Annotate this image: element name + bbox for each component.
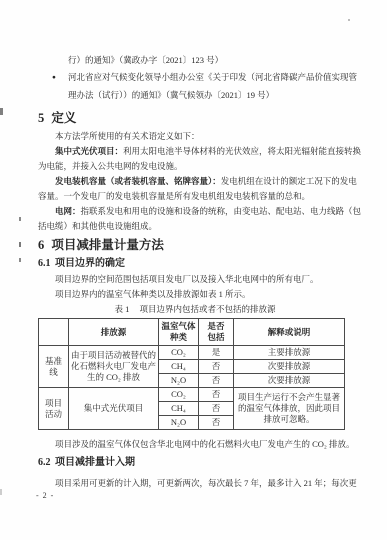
- gas-cell: CH₄: [159, 360, 199, 374]
- paragraph: 项目采用可更新的计入期，可更新两次，每次最长 7 年，最多计入 21 年；每次更: [38, 476, 352, 491]
- bullet-line: 河北省应对气候变化领导小组办公室《关于印发（河北省降碳产品价值实现管: [68, 69, 352, 87]
- term-centralized-pv: 集中式光伏项目：利用太阳电池半导体材料的光伏效应，将太阳光辐射能直接转换 为电能…: [38, 144, 352, 174]
- term-text: 容量。一个发电厂的发电装机容量是所有发电机组发电装机容量的总和。: [38, 189, 352, 204]
- gas-cell: CO₂: [159, 388, 199, 402]
- included-cell: 是: [199, 346, 234, 360]
- source-cell: 集中式光伏项目: [69, 388, 159, 430]
- subsection-6-1-heading: 6.1 项目边界的确定: [38, 257, 352, 271]
- included-cell: 否: [199, 374, 234, 388]
- scan-speck: [0, 108, 3, 115]
- header-line: 温室气体: [161, 321, 196, 332]
- category-line: 项目: [41, 398, 66, 409]
- paragraph: 项目边界内的温室气体种类以及排放源如表 1 所示。: [38, 287, 352, 302]
- header-line: 种类: [161, 332, 196, 343]
- gas-cell: CH₄: [159, 402, 199, 416]
- paragraph: 项目边界的空间范围包括项目发电厂以及接入华北电网中的所有电厂。: [38, 272, 352, 287]
- emission-sources-table: 排放源 温室气体 种类 是否 包括 解释或说明 基准线 由于项目活动被替代的化石…: [38, 318, 345, 430]
- scan-speck: [19, 242, 21, 247]
- definitions-intro: 本方法学所使用的有关术语定义如下：: [38, 129, 352, 144]
- table-header-cell: 解释或说明: [234, 319, 345, 346]
- gas-cell: N₂O: [159, 374, 199, 388]
- table-caption: 表 1项目边界内包括或者不包括的排放源: [38, 303, 352, 316]
- section-6-heading: 6 项目减排量计量方法: [38, 237, 352, 254]
- page-number: - 2 -: [36, 491, 54, 500]
- table-caption-label: 表 1: [115, 304, 130, 314]
- category-cell: 项目 活动: [39, 388, 69, 430]
- note-cell: 项目生产运行不会产生显著的温室气体排放，因此项目排放可忽略。: [234, 388, 345, 430]
- category-cell: 基准线: [39, 346, 69, 388]
- scan-speck: [0, 489, 2, 495]
- table-header-row: 排放源 温室气体 种类 是否 包括 解释或说明: [39, 319, 345, 346]
- category-line: 基准线: [41, 356, 66, 378]
- gas-cell: N₂O: [159, 416, 199, 430]
- term-lead: 发电装机容量（或者装机容量、铭牌容量）：: [55, 176, 221, 186]
- term-text: 括电缆）和其他供电设施组成。: [38, 219, 352, 234]
- table-row: 基准线 由于项目活动被替代的化石燃料火电厂发电产生的 CO₂ 排放 CO₂ 是 …: [39, 346, 345, 360]
- table-header-cell: [39, 319, 69, 346]
- note-cell: 次要排放源: [234, 374, 345, 388]
- page-content: 行）的通知》（冀政办字〔2021〕123 号） ● 河北省应对气候变化领导小组办…: [38, 50, 352, 491]
- term-lead: 集中式光伏项目：: [55, 146, 123, 156]
- scan-speck: [19, 217, 21, 221]
- table-header-cell: 排放源: [69, 319, 159, 346]
- bullet-marker-icon: ●: [52, 75, 56, 81]
- term-grid: 电网：指联系发电和用电的设施和设备的统称，由变电站、配电站、电力线路（包 括电缆…: [38, 204, 352, 234]
- included-cell: 否: [199, 388, 234, 402]
- source-cell: 由于项目活动被替代的化石燃料火电厂发电产生的 CO₂ 排放: [69, 346, 159, 388]
- included-cell: 否: [199, 402, 234, 416]
- term-text: 指联系发电和用电的设施和设备的统称，由变电站、配电站、电力线路（包: [81, 206, 362, 216]
- hanging-reference-line: 行）的通知》（冀政办字〔2021〕123 号）: [68, 52, 352, 69]
- table-caption-title: 项目边界内包括或者不包括的排放源: [139, 304, 275, 314]
- paragraph: 项目涉及的温室气体仅包含华北电网中的化石燃料火电厂发电产生的 CO₂ 排放。: [38, 437, 352, 452]
- subsection-6-2-heading: 6.2 项目减排量计入期: [38, 456, 352, 470]
- section-5-heading: 5 定义: [38, 110, 352, 126]
- header-line: 包括: [201, 332, 231, 343]
- scan-speck: [348, 19, 350, 21]
- table-header-cell: 温室气体 种类: [159, 319, 199, 346]
- included-cell: 否: [199, 360, 234, 374]
- table-header-cell: 是否 包括: [199, 319, 234, 346]
- term-installed-capacity: 发电装机容量（或者装机容量、铭牌容量）：发电机组在设计的额定工况下的发电 容量。…: [38, 174, 352, 204]
- scan-speck: [19, 258, 21, 262]
- term-text: 发电机组在设计的额定工况下的发电: [221, 176, 357, 186]
- note-cell: 主要排放源: [234, 346, 345, 360]
- document-page: 行）的通知》（冀政办字〔2021〕123 号） ● 河北省应对气候变化领导小组办…: [0, 0, 387, 540]
- category-line: 活动: [41, 409, 66, 420]
- term-lead: 电网：: [55, 206, 81, 216]
- gas-cell: CO₂: [159, 346, 199, 360]
- included-cell: 否: [199, 416, 234, 430]
- table-row: 项目 活动 集中式光伏项目 CO₂ 否 项目生产运行不会产生显著的温室气体排放，…: [39, 388, 345, 402]
- term-text: 利用太阳电池半导体材料的光伏效应，将太阳光辐射能直接转换: [123, 146, 361, 156]
- bullet-line: 理办法（试行））的通知》（冀气候领办〔2021〕19 号）: [68, 87, 352, 105]
- bullet-reference-item: ● 河北省应对气候变化领导小组办公室《关于印发（河北省降碳产品价值实现管 理办法…: [38, 69, 352, 104]
- note-cell: 次要排放源: [234, 360, 345, 374]
- term-text: 为电能，并接入公共电网的发电设施。: [38, 159, 352, 174]
- header-line: 是否: [201, 321, 231, 332]
